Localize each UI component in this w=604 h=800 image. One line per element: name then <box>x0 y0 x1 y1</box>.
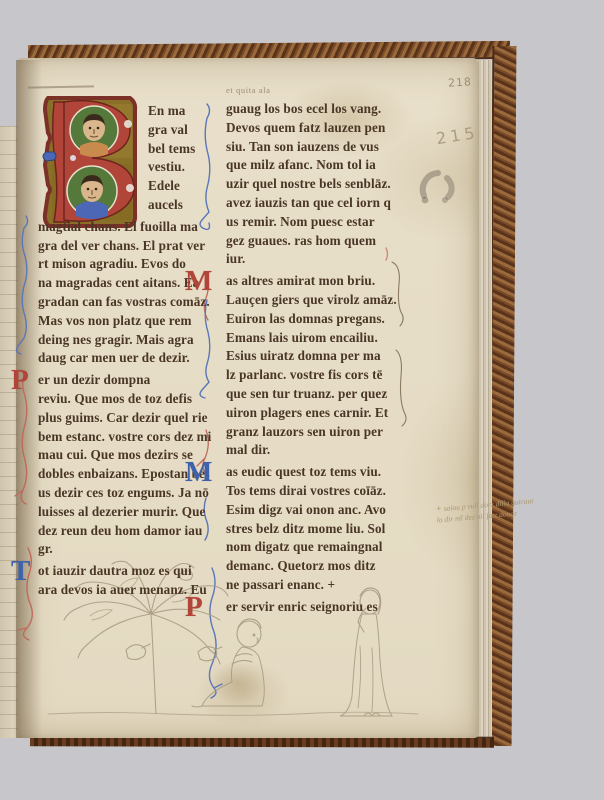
text-line: vestiu. <box>148 158 224 177</box>
ink-smudge-stain <box>414 166 460 210</box>
text-line: daug car men uer de dezir. <box>38 349 224 368</box>
stanza: guaug los bos ecel los vang.Devos quem f… <box>226 100 398 269</box>
text-line: reviu. Que mos de toz defis <box>38 390 224 409</box>
text-line: que sen tur truanz. per quez <box>226 385 398 404</box>
text-line: mal dir. <box>226 441 398 460</box>
text-line: Tos tems dirai vostres coīāz. <box>226 482 398 501</box>
text-line: gr. <box>38 540 224 559</box>
text-line: Edele <box>148 177 224 196</box>
faded-gloss: et quita ala <box>226 84 398 97</box>
text-line: deing nes gragir. Mais agra <box>38 331 224 350</box>
text-line: iur. <box>226 250 398 269</box>
text-line: ne passari enanc. + <box>226 576 398 595</box>
stanza-initial-T: T <box>11 557 30 585</box>
text-line: uiron plagers enes carnir. Et <box>226 404 398 423</box>
text-line: et quita ala <box>226 84 398 97</box>
stanza: En magra valbel temsvestiu.Edeleaucels <box>38 102 224 215</box>
text-line: bel tems <box>148 140 224 159</box>
text-line: Esius uiratz domna per ma <box>226 347 398 366</box>
text-line: gez guaues. ras hom quem <box>226 232 398 251</box>
text-line: us remir. Nom puesc estar <box>226 213 398 232</box>
text-line: En ma <box>148 102 224 121</box>
text-line: nom digatz que remaingnal <box>226 538 398 557</box>
text-line: avez iauzis tan que cel iorn q <box>226 194 398 213</box>
text-line: as eudic quest toz tems viu. <box>226 463 398 482</box>
text-line: Lauçen giers que virolz amāz. <box>226 291 398 310</box>
text-line: plus guims. Car dezir quel rie <box>38 409 224 428</box>
stanza-initial-P: P <box>11 366 29 394</box>
text-line: magtial chans. El fuoilla ma <box>38 218 224 237</box>
text-line: stres belz ditz mome liu. Sol <box>226 520 398 539</box>
text-line: siu. Tan son iauzens de vus <box>226 138 398 157</box>
text-line: bem estanc. vostre cors dez mi <box>38 428 224 447</box>
stanza-initial-M: M <box>185 267 212 295</box>
text-line: lz parlanc. vostre fis cors tē <box>226 366 398 385</box>
text-line: Esim digz vai onon anc. Avo <box>226 501 398 520</box>
stanza: Mas eudic quest toz tems viu.Tos tems di… <box>226 463 398 595</box>
text-line: Devos quem fatz lauzen pen <box>226 119 398 138</box>
text-column-left: En magra valbel temsvestiu.Edeleaucelsma… <box>38 102 224 600</box>
text-column-right: et quita alaguaug los bos ecel los vang.… <box>226 84 398 617</box>
text-line: gra del ver chans. El prat ver <box>38 237 224 256</box>
stanza: Mas altres amirat mon briu.Lauçen giers … <box>226 272 398 460</box>
text-line: Mas vos non platz que rem <box>38 312 224 331</box>
stanza-initial-M: M <box>185 458 212 486</box>
manuscript-photo: 218 215 <box>0 0 604 800</box>
text-line: luisses al dezerier murir. Que <box>38 503 224 522</box>
text-line: dez reun deu hom damor iau <box>38 522 224 541</box>
text-line: granz lauzors sen uiron per <box>226 423 398 442</box>
text-line: as altres amirat mon briu. <box>226 272 398 291</box>
text-line: Euiron las domnas pregans. <box>226 310 398 329</box>
text-line: Emans lais uirom encailiu. <box>226 329 398 348</box>
folio-number-pencil: 218 <box>448 75 473 89</box>
page-block-edges <box>476 60 492 738</box>
stanza-initial-P: P <box>185 593 203 621</box>
text-line: gra val <box>148 121 224 140</box>
text-line: guaug los bos ecel los vang. <box>226 100 398 119</box>
text-line: uzir quel nostre bels senblāz. <box>226 175 398 194</box>
text-line: demanc. Quetorz mos ditz <box>226 557 398 576</box>
stanza: Per servir enric seignoriu es <box>226 598 398 617</box>
text-line: er un dezir dompna <box>38 371 224 390</box>
annotation-cross-mark: + <box>435 503 442 513</box>
text-line: que milz afanc. Nom tol ia <box>226 156 398 175</box>
text-line: ot iauzir dautra moz es qui <box>38 562 224 581</box>
text-line: aucels <box>148 196 224 215</box>
text-line: er servir enric seignoriu es <box>226 598 398 617</box>
